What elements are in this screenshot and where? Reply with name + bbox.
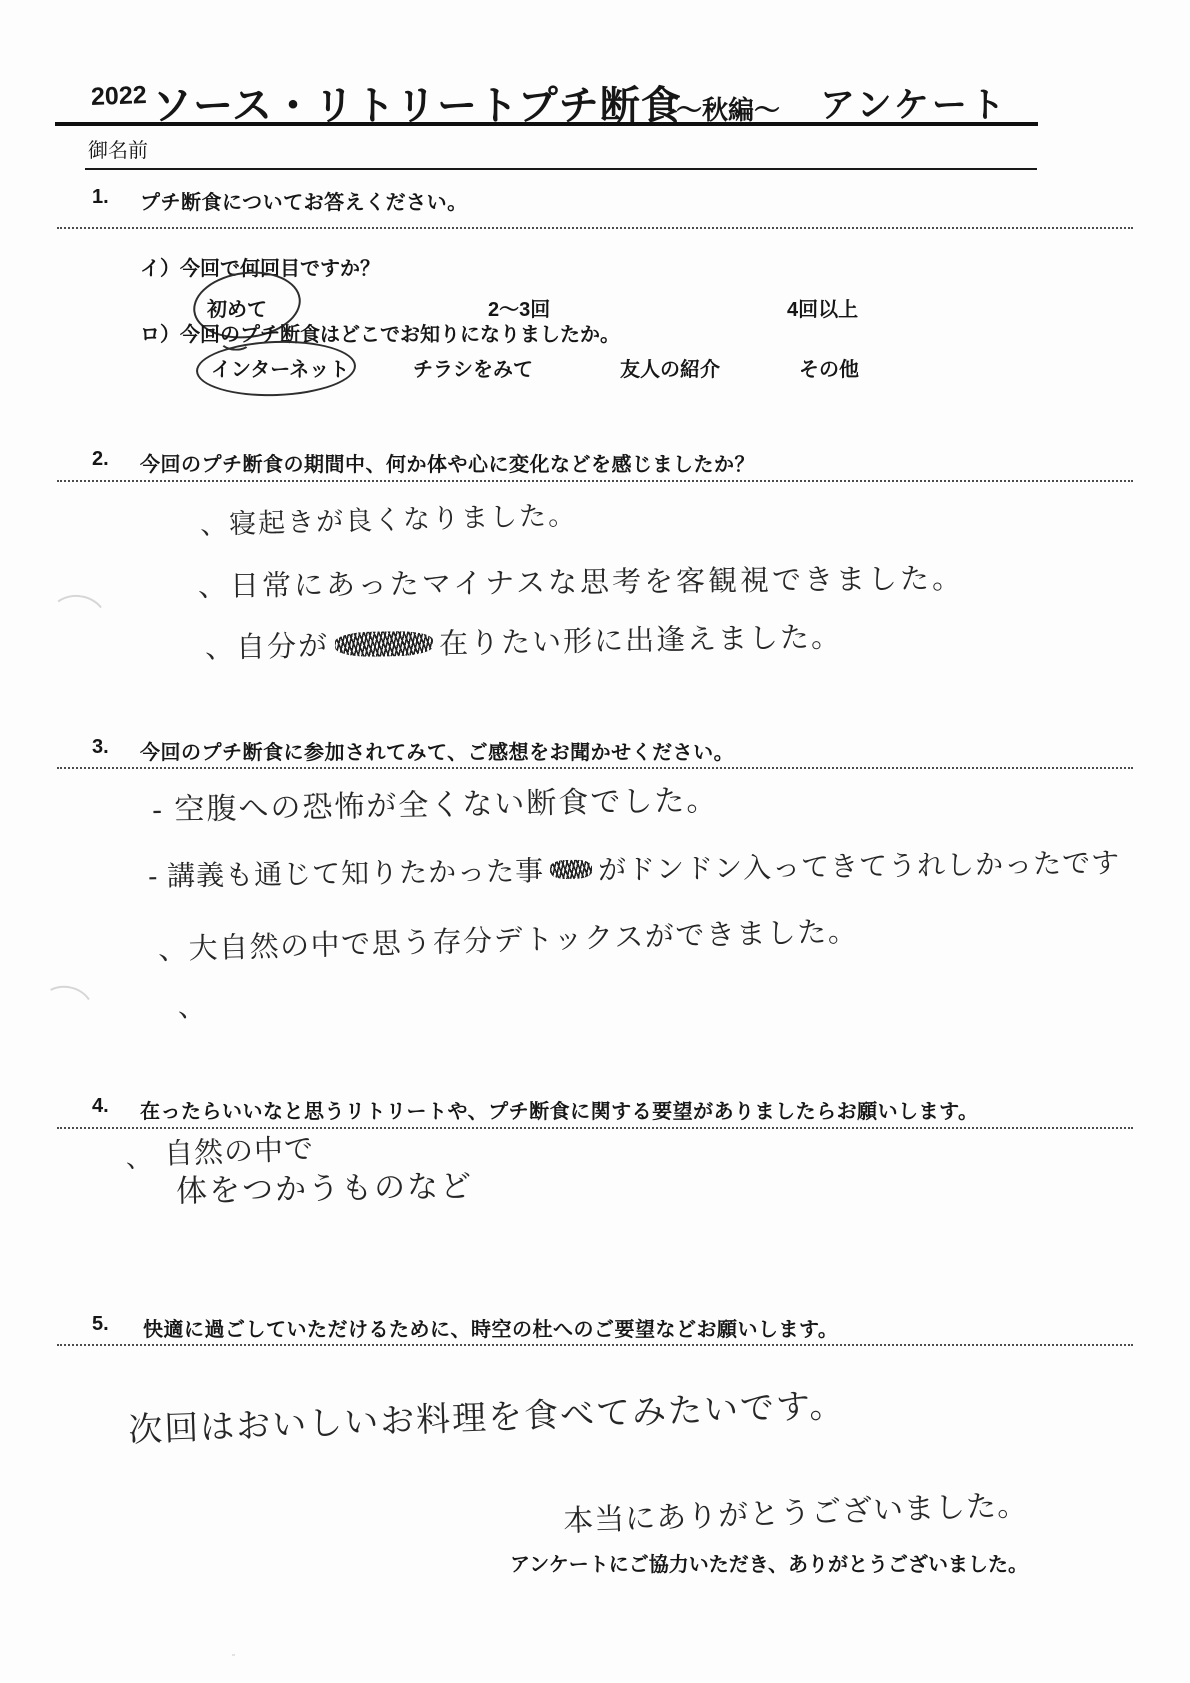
handwritten-bullet: 、 [126, 1138, 154, 1175]
handwritten-answer-line: 、大自然の中で思う存分デトックスができました。 [158, 909, 859, 968]
question-5-text: 快適に過ごしていただけるために、時空の杜へのご要望などお願いします。 [143, 1313, 838, 1342]
question-3-text: 今回のプチ断食に参加されてみて、ご感想をお聞かせください。 [140, 736, 734, 765]
handwritten-text: がドンドン入ってきてうれしかったです [598, 847, 1120, 885]
handwritten-answer-line: 、日常にあったマイナスな思考を客観視できました。 [198, 556, 964, 605]
option-4-plus: 4回以上 [787, 293, 858, 322]
handwritten-stray-mark: 、 [178, 985, 208, 1025]
footer-thanks-note: アンケートにご協力いただき、ありがとうございました。 [510, 1548, 1028, 1577]
option-friend-referral: 友人の紹介 [620, 353, 720, 382]
handwritten-circle-internet [195, 338, 357, 399]
question-4-text: 在ったらいいなと思うリトリートや、プチ断食に関する要望がありましたらお願いします… [140, 1095, 979, 1124]
handwritten-answer-line: 次回はおいしいお料理を食べてみたいです。 [127, 1377, 846, 1451]
separator-dotted [57, 1344, 1133, 1346]
questionnaire-page: 2022 ソース・リトリートプチ断食 ～秋編～ アンケート 御名前 1. プチ断… [0, 0, 1190, 1683]
name-label: 御名前 [88, 134, 148, 163]
separator-dotted [57, 767, 1133, 769]
scan-artifact [42, 591, 111, 655]
separator-dotted [57, 227, 1133, 229]
scan-artifact [33, 980, 99, 1040]
title-rule [55, 122, 1038, 126]
handwritten-text: 在りたい形に出逢えました。 [439, 621, 843, 660]
option-other: その他 [799, 353, 859, 382]
handwritten-text: - 講義も通じて知りたかった事 [148, 855, 545, 892]
handwritten-thanks-line: 本当にありがとうございました。 [562, 1480, 1028, 1540]
question-3-number: 3. [92, 736, 109, 759]
handwritten-answer-line: 、寝起きが良くなりました。 [200, 493, 578, 542]
question-1b-label: ロ）今回のプチ断食はどこでお知りになりましたか。 [140, 318, 620, 347]
handwritten-answer-line: - 講義も通じて知りたかった事がドンドン入ってきてうれしかったです [148, 841, 1121, 895]
question-2-text: 今回のプチ断食の期間中、何か体や心に変化などを感じましたか？ [140, 448, 755, 477]
question-2-number: 2. [92, 448, 109, 471]
page-title-form: アンケート [820, 78, 1008, 128]
handwritten-answer-line: 、自分が在りたい形に出逢えました。 [205, 614, 843, 666]
scribbled-out-word [550, 860, 592, 880]
handwritten-text: 、自分が [205, 630, 330, 664]
question-1-text: プチ断食についてお答えください。 [140, 186, 468, 215]
handwritten-answer-line: 体をつかうものなど [176, 1160, 474, 1210]
question-5-number: 5. [92, 1313, 109, 1336]
question-4-number: 4. [92, 1095, 109, 1118]
scan-artifact [232, 1654, 235, 1656]
header-year: 2022 [91, 81, 148, 112]
name-rule [85, 168, 1037, 170]
scribbled-out-word [335, 630, 433, 657]
question-1-number: 1. [92, 186, 109, 209]
handwritten-answer-line: - 空腹への恐怖が全くない断食でした。 [152, 775, 719, 829]
option-flyer: チラシをみて [413, 353, 533, 382]
separator-dotted [57, 480, 1133, 482]
